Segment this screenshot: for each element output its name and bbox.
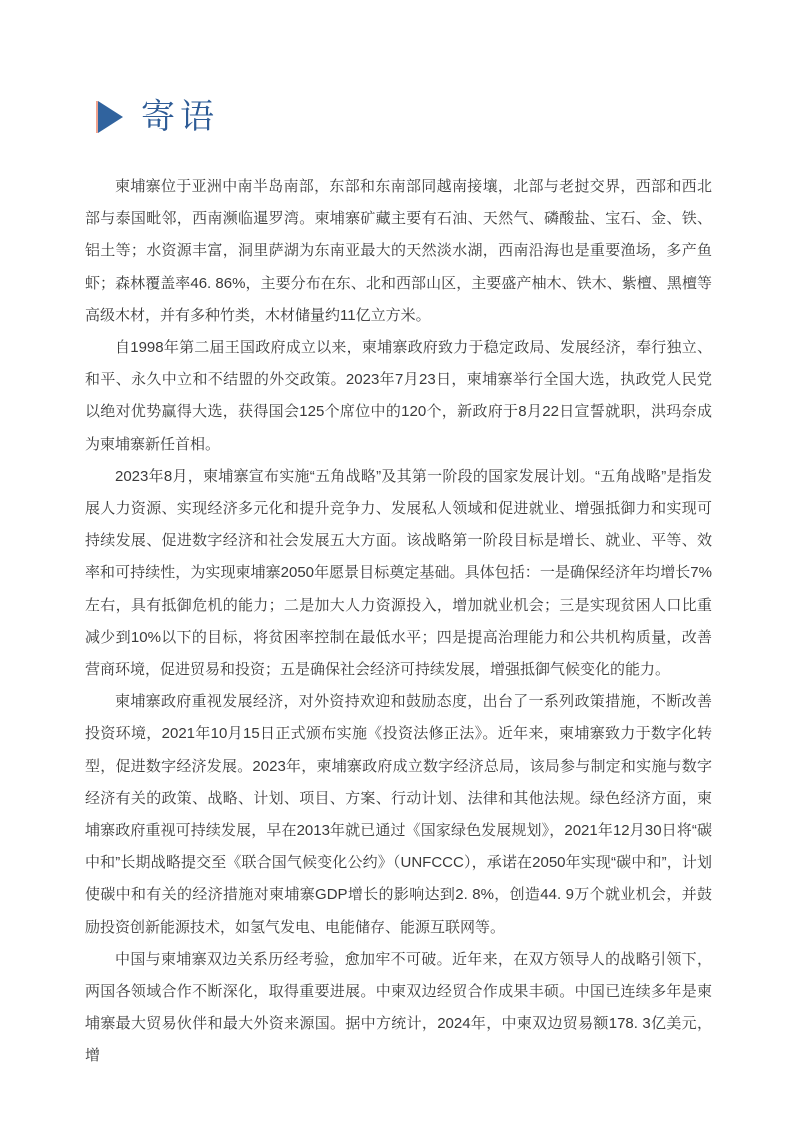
body-text: 柬埔寨位于亚洲中南半岛南部，东部和东南部同越南接壤，北部与老挝交界，西部和西北部… — [85, 171, 712, 1073]
page-title: 寄语 — [141, 95, 219, 139]
arrow-icon — [96, 101, 123, 133]
document-page: 寄语 柬埔寨位于亚洲中南半岛南部，东部和东南部同越南接壤，北部与老挝交界，西部和… — [0, 0, 794, 1123]
paragraph: 柬埔寨政府重视发展经济，对外资持欢迎和鼓励态度，出台了一系列政策措施，不断改善投… — [85, 686, 712, 944]
paragraph: 2023年8月，柬埔寨宣布实施“五角战略”及其第一阶段的国家发展计划。“五角战略… — [85, 461, 712, 686]
paragraph: 自1998年第二届王国政府成立以来，柬埔寨政府致力于稳定政局、发展经济，奉行独立… — [85, 332, 712, 461]
section-heading: 寄语 — [96, 95, 219, 139]
paragraph: 柬埔寨位于亚洲中南半岛南部，东部和东南部同越南接壤，北部与老挝交界，西部和西北部… — [85, 171, 712, 332]
paragraph: 中国与柬埔寨双边关系历经考验，愈加牢不可破。近年来，在双方领导人的战略引领下，两… — [85, 944, 712, 1073]
arrow-triangle — [98, 101, 123, 133]
